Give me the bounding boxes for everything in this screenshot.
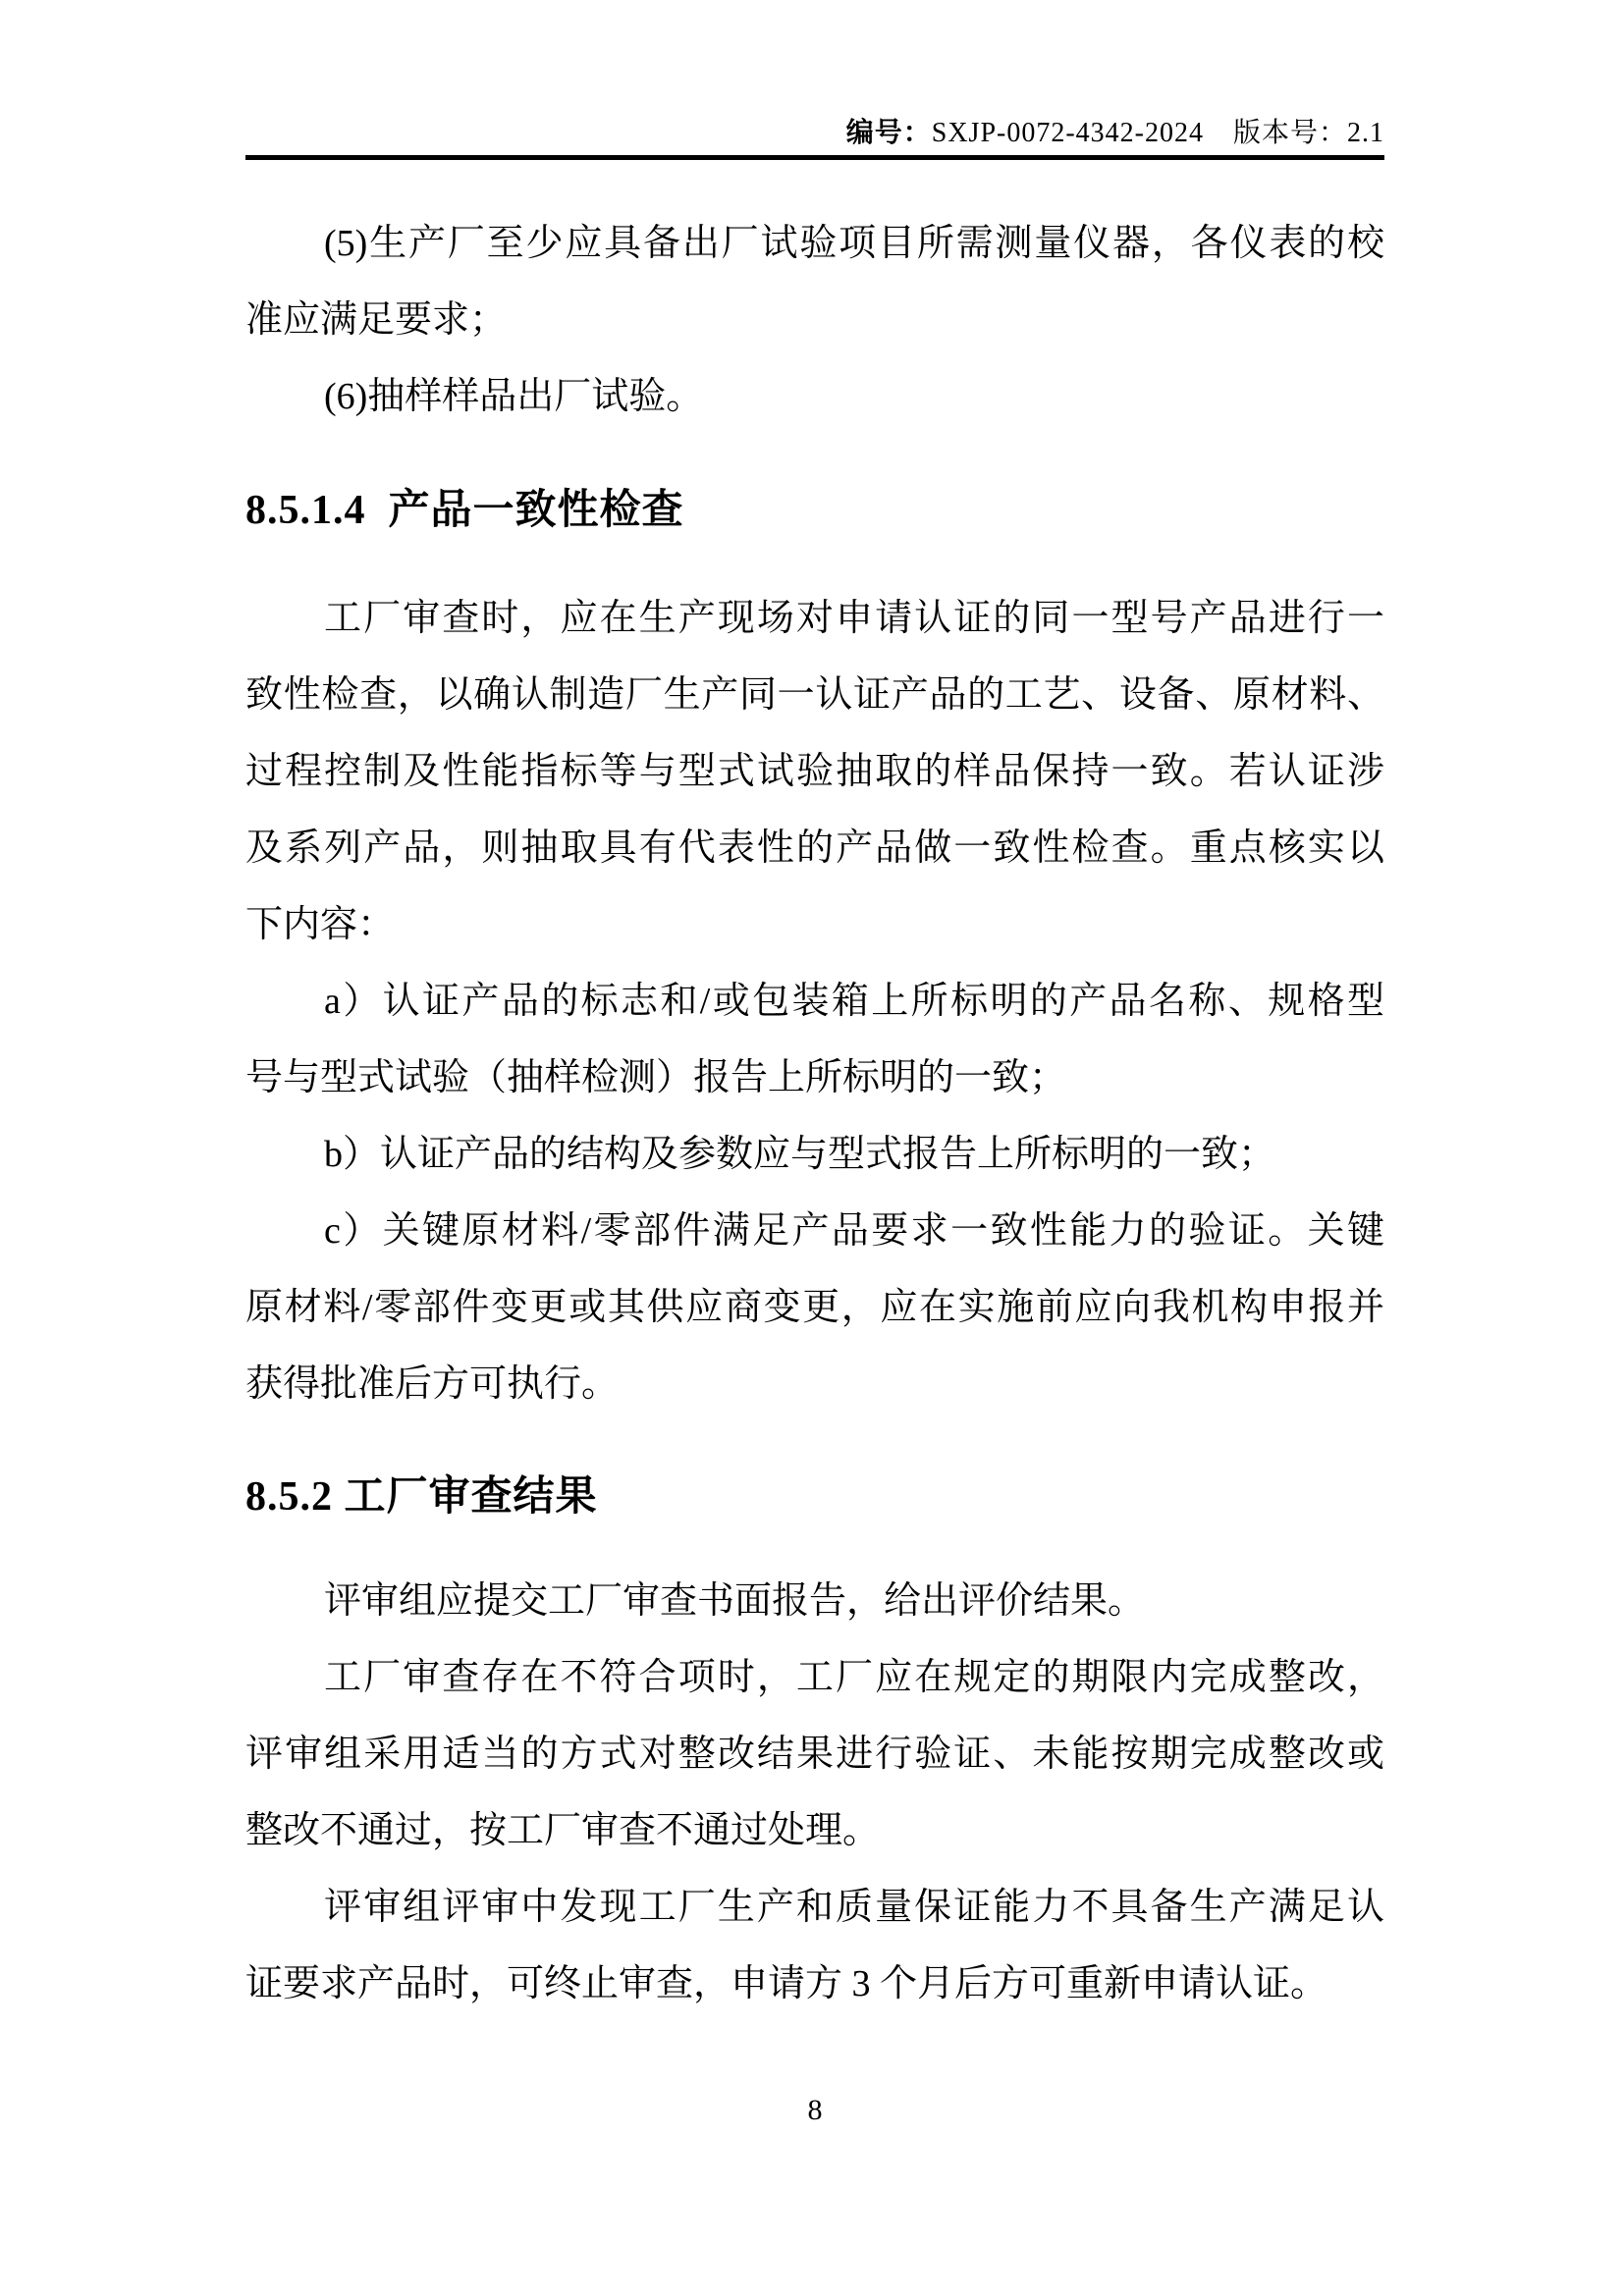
body-line: 评审组评审中发现工厂生产和质量保证能力不具备生产满足认 — [245, 1869, 1384, 1946]
body-line: a）认证产品的标志和/或包装箱上所标明的产品名称、规格型 — [245, 963, 1384, 1040]
body-line: 及系列产品，则抽取具有代表性的产品做一致性检查。重点核实以 — [245, 810, 1384, 886]
body-line: 准应满足要求； — [245, 282, 1384, 358]
document-page: 编号：SXJP-0072-4342-2024版本号：2.1 (5)生产厂至少应具… — [0, 0, 1624, 2296]
body-line: 评审组采用适当的方式对整改结果进行验证、未能按期完成整改或 — [245, 1716, 1384, 1792]
body-line: 整改不通过，按工厂审查不通过处理。 — [245, 1792, 1384, 1869]
version-value: 2.1 — [1347, 118, 1384, 148]
paragraph: c）关键原材料/零部件满足产品要求一致性能力的验证。关键 原材料/零部件变更或其… — [245, 1193, 1384, 1422]
body-line: 工厂审查时，应在生产现场对申请认证的同一型号产品进行一 — [245, 580, 1384, 657]
body-line: 证要求产品时，可终止审查，申请方 3 个月后方可重新申请认证。 — [245, 1946, 1384, 2022]
body-line: 号与型式试验（抽样检测）报告上所标明的一致； — [245, 1040, 1384, 1116]
paragraph: 评审组应提交工厂审查书面报告，给出评价结果。 — [245, 1563, 1384, 1639]
paragraph: a）认证产品的标志和/或包装箱上所标明的产品名称、规格型 号与型式试验（抽样检测… — [245, 963, 1384, 1116]
body-line: 原材料/零部件变更或其供应商变更，应在实施前应向我机构申报并 — [245, 1269, 1384, 1346]
body-line: 工厂审查存在不符合项时，工厂应在规定的期限内完成整改， — [245, 1639, 1384, 1716]
doc-number-value: SXJP-0072-4342-2024 — [932, 118, 1204, 148]
body-line: 获得批准后方可执行。 — [245, 1346, 1384, 1422]
paragraph: (6)抽样样品出厂试验。 — [245, 358, 1384, 435]
body-line: 过程控制及性能指标等与型式试验抽取的样品保持一致。若认证涉 — [245, 733, 1384, 810]
paragraph: 工厂审查存在不符合项时，工厂应在规定的期限内完成整改， 评审组采用适当的方式对整… — [245, 1639, 1384, 1869]
body-line: 致性检查，以确认制造厂生产同一认证产品的工艺、设备、原材料、 — [245, 657, 1384, 733]
paragraph: b）认证产品的结构及参数应与型式报告上所标明的一致； — [245, 1116, 1384, 1193]
section-heading-8-5-1-4: 8.5.1.4 产品一致性检查 — [245, 481, 1384, 540]
doc-number-label: 编号： — [846, 118, 932, 148]
body-line: (5)生产厂至少应具备出厂试验项目所需测量仪器，各仪表的校 — [245, 205, 1384, 282]
page-number: 8 — [245, 2093, 1384, 2128]
body-line: 评审组应提交工厂审查书面报告，给出评价结果。 — [245, 1563, 1384, 1639]
body-line: b）认证产品的结构及参数应与型式报告上所标明的一致； — [245, 1116, 1384, 1193]
header-divider — [245, 155, 1384, 160]
paragraph: 工厂审查时，应在生产现场对申请认证的同一型号产品进行一 致性检查，以确认制造厂生… — [245, 580, 1384, 963]
body-line: 下内容： — [245, 886, 1384, 963]
paragraph: (5)生产厂至少应具备出厂试验项目所需测量仪器，各仪表的校 准应满足要求； — [245, 205, 1384, 358]
body-line: (6)抽样样品出厂试验。 — [245, 358, 1384, 435]
body-line: c）关键原材料/零部件满足产品要求一致性能力的验证。关键 — [245, 1193, 1384, 1269]
paragraph: 评审组评审中发现工厂生产和质量保证能力不具备生产满足认 证要求产品时，可终止审查… — [245, 1869, 1384, 2022]
page-header: 编号：SXJP-0072-4342-2024版本号：2.1 — [245, 0, 1384, 149]
section-heading-8-5-2: 8.5.2 工厂审查结果 — [245, 1468, 1384, 1526]
version-label: 版本号： — [1233, 118, 1347, 148]
